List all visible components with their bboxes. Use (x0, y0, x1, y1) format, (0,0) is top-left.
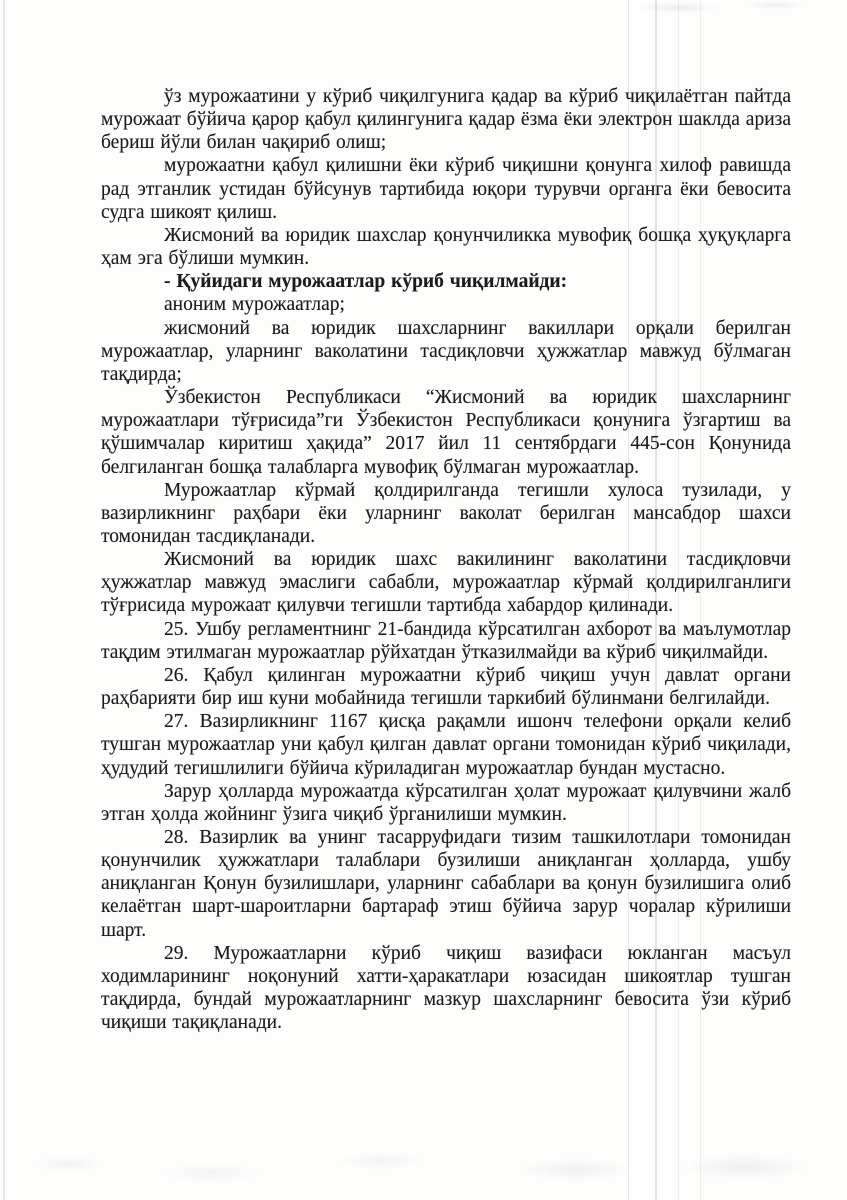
paragraph-complaint-to-court: мурожаатни қабул қилишни ёки кўриб чиқиш… (101, 154, 791, 223)
paragraph-law-445: Ўзбекистон Республикаси “Жисмоний ва юри… (101, 386, 791, 479)
scan-streak-left-edge (3, 0, 5, 1200)
paragraph-conclusion-approval: Мурожаатлар кўрмай қолдирилганда тегишли… (101, 479, 791, 548)
paragraph-onsite-study: Зарур ҳолларда мурожаатда кўрсатилган ҳо… (101, 780, 791, 826)
paragraph-representative-appeals: жисмоний ва юридик шахсларнинг вакиллари… (101, 317, 791, 386)
scan-smudge (607, 0, 847, 26)
paragraph-item-25: 25. Ушбу регламентнинг 21-бандида кўрсат… (101, 618, 791, 664)
paragraph-notification: Жисмоний ва юридик шахс вакилининг вакол… (101, 548, 791, 617)
paragraph-other-rights: Жисмоний ва юридик шахслар қонунчиликка … (101, 224, 791, 270)
heading-unreviewed-appeals: - Қуйидаги мурожаатлар кўриб чиқилмайди: (101, 270, 791, 293)
paragraph-item-27: 27. Вазирликнинг 1167 қисқа рақамли ишон… (101, 710, 791, 779)
paragraph-item-28: 28. Вазирлик ва унинг тасарруфидаги тизи… (101, 826, 791, 942)
paragraph-item-29: 29. Мурожаатларни кўриб чиқиш вазифаси ю… (101, 942, 791, 1035)
document-text-block: ўз мурожаатини у кўриб чиқилгунига қадар… (101, 85, 791, 1034)
scan-noise (0, 1140, 847, 1200)
paragraph-anonymous-appeals: аноним мурожаатлар; (101, 293, 791, 316)
paragraph-item-26: 26. Қабул қилинган мурожаатни кўриб чиқи… (101, 664, 791, 710)
paragraph-withdraw-appeal: ўз мурожаатини у кўриб чиқилгунига қадар… (101, 85, 791, 154)
scanned-document-page: ўз мурожаатини у кўриб чиқилгунига қадар… (0, 0, 847, 1200)
